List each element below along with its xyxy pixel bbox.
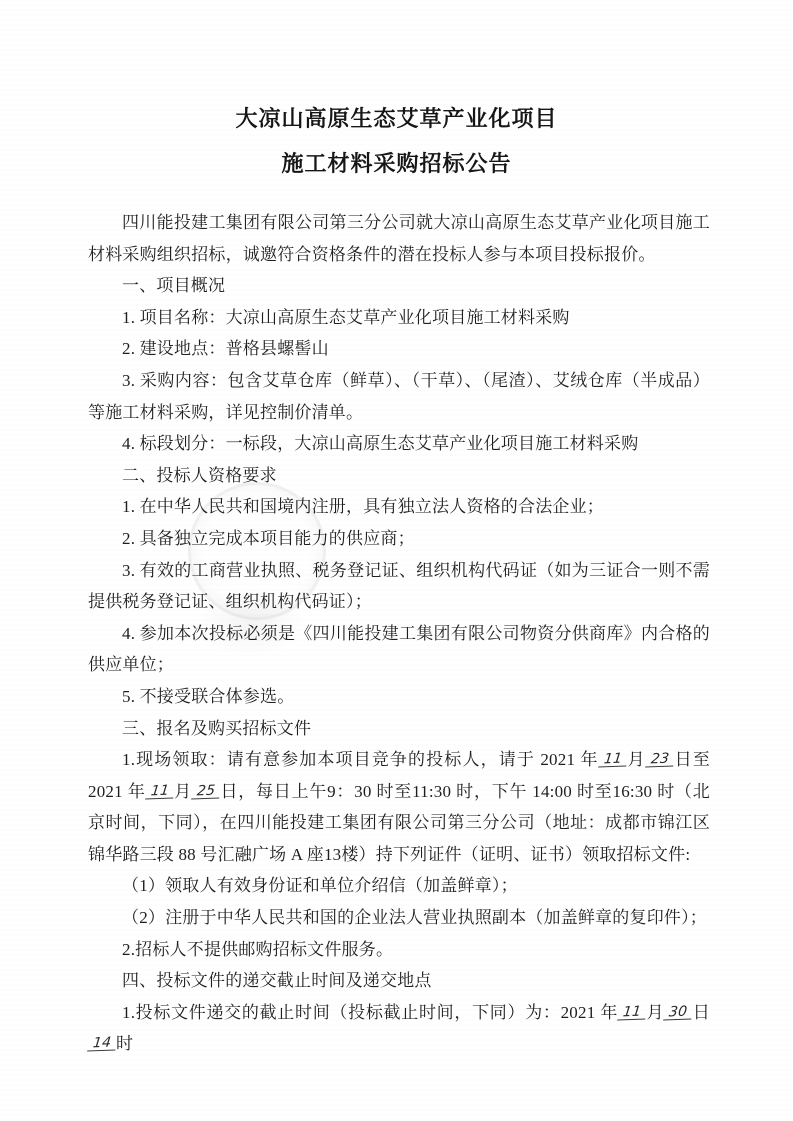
handwritten-value: 14 (87, 1036, 117, 1052)
section-1-heading: 一、项目概况 (88, 270, 710, 302)
item-3-1-2-business-license: （2）注册于中华人民共和国的企业法人营业执照副本（加盖鲜章的复印件）； (88, 902, 710, 934)
scanned-page: 大凉山高原生态艾草产业化项目 施工材料采购招标公告 四川能投建工集团有限公司第三… (0, 0, 793, 1121)
document-body: 四川能投建工集团有限公司第三分公司就大凉山高原生态艾草产业化项目施工材料采购组织… (88, 207, 710, 1060)
section-4-heading: 四、投标文件的递交截止时间及递交地点 (88, 965, 710, 997)
handwritten-value: 11 (145, 783, 175, 799)
item-3-1-1-id-letter: （1）领取人有效身份证和单位介绍信（加盖鲜章）； (88, 870, 710, 902)
title-line-2: 施工材料采购招标公告 (0, 141, 793, 186)
item-2-2-capability: 2. 具备独立完成本项目能力的供应商； (88, 523, 710, 555)
item-2-3-licenses: 3. 有效的工商营业执照、税务登记证、组织机构代码证（如为三证合一则不需提供税务… (88, 555, 710, 618)
section-3-heading: 三、报名及购买招标文件 (88, 713, 710, 745)
item-2-1-registration: 1. 在中华人民共和国境内注册，具有独立法人资格的合法企业； (88, 491, 710, 523)
section-2-heading: 二、投标人资格要求 (88, 460, 710, 492)
handwritten-value: 11 (598, 752, 628, 768)
item-3-1-onsite-collection: 1.现场领取：请有意参加本项目竞争的投标人，请于 2021 年11月23日至 2… (88, 744, 710, 870)
item-2-5-no-consortium: 5. 不接受联合体参选。 (88, 681, 710, 713)
intro-paragraph: 四川能投建工集团有限公司第三分公司就大凉山高原生态艾草产业化项目施工材料采购组织… (88, 207, 710, 270)
item-1-3-procurement-content: 3. 采购内容：包含艾草仓库（鲜草）、（干草）、（尾渣）、艾绒仓库（半成品）等施… (88, 365, 710, 428)
handwritten-value: 30 (663, 1004, 693, 1020)
title-line-1: 大凉山高原生态艾草产业化项目 (0, 96, 793, 141)
item-3-2-no-mail-order: 2.招标人不提供邮购招标文件服务。 (88, 934, 710, 966)
handwritten-value: 23 (645, 752, 675, 768)
document-title: 大凉山高原生态艾草产业化项目 施工材料采购招标公告 (0, 96, 793, 186)
item-4-1-deadline: 1.投标文件递交的截止时间（投标截止时间，下同）为：2021 年11月30日14… (88, 997, 710, 1060)
item-1-2-location: 2. 建设地点：普格县螺髻山 (88, 333, 710, 365)
handwritten-value: 11 (617, 1004, 647, 1020)
item-1-4-bid-sections: 4. 标段划分：一标段，大凉山高原生态艾草产业化项目施工材料采购 (88, 428, 710, 460)
item-1-1-project-name: 1. 项目名称：大凉山高原生态艾草产业化项目施工材料采购 (88, 302, 710, 334)
handwritten-value: 25 (191, 783, 221, 799)
item-2-4-supplier-library: 4. 参加本次投标必须是《四川能投建工集团有限公司物资分供商库》内合格的供应单位… (88, 618, 710, 681)
